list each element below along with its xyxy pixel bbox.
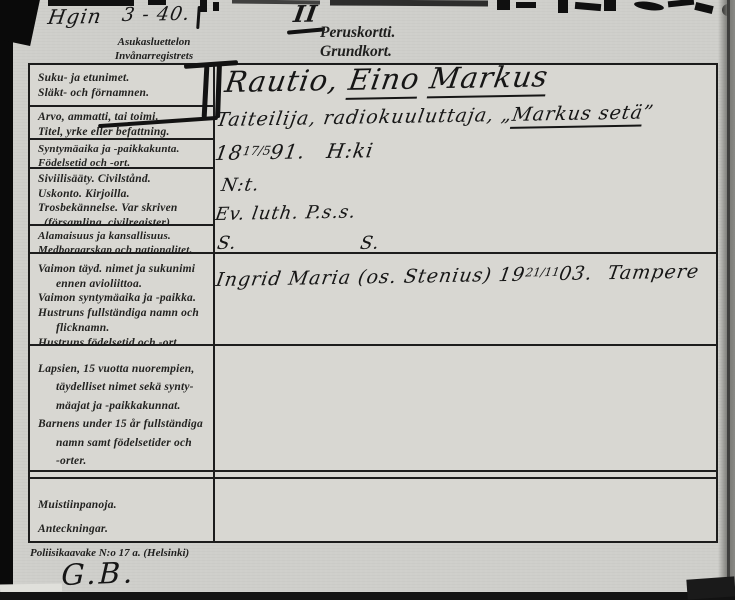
annotation-numeral: II: [292, 1, 320, 28]
label-line: ennen avioliittoa.: [38, 277, 207, 292]
entry-religion: Ev. luth. P.s.s.: [214, 202, 358, 225]
entry-wife-century: 19: [497, 264, 527, 286]
label-cell-nationality: Alamaisuus ja kansallisuus. Medborgarska…: [30, 226, 213, 254]
label-line: Suku- ja etunimet.: [38, 71, 207, 86]
register-label-line1: Asukasluettelon: [106, 36, 202, 50]
label-line: Anteckningar.: [38, 517, 207, 541]
label-line: Trosbekännelse. Var skriven: [38, 201, 207, 216]
entry-birth-year: 91.: [269, 139, 308, 164]
label-line: Lapsien, 15 vuotta nuorempien,: [38, 360, 207, 378]
label-line: Alamaisuus ja kansallisuus.: [38, 229, 207, 243]
label-line: Födelsetid och -ort.: [38, 156, 207, 169]
card-title: Peruskortti. Grundkort.: [320, 24, 395, 61]
entry-second-name: Markus: [427, 59, 551, 98]
annotation-date: 3 - 40.: [121, 3, 193, 26]
label-line: Siviilisääty. Civilstånd.: [38, 172, 207, 187]
entry-wife-place: Tampere: [606, 261, 701, 285]
entry-nationality: S.: [359, 233, 382, 254]
entry-birth: 1817/591. H:ki: [213, 138, 375, 165]
label-line: Vaimon syntymäaika ja -paikka.: [38, 291, 207, 306]
torn-edge-fragment: [213, 2, 219, 11]
entry-occupation: Taiteilija, radiokuuluttaja, „Markus set…: [215, 101, 656, 131]
label-cell-civil-religion: Siviilisääty. Civilstånd. Uskonto. Kirjo…: [30, 169, 213, 226]
torn-edge-fragment: [516, 2, 536, 8]
entry-wife-daymonth: 21/11: [524, 265, 560, 280]
card-title-fi: Peruskortti.: [320, 24, 395, 43]
entry-civil-status: N:t.: [220, 174, 262, 196]
entry-birth-century: 18: [213, 141, 244, 165]
label-line: flicknamn.: [38, 321, 207, 336]
handwritten-initials: G.B.: [61, 555, 136, 592]
entry-wife: Ingrid Maria (os. Stenius) 1921/1103. Ta…: [215, 261, 701, 291]
annotation-city: Hgin: [46, 4, 104, 29]
label-line: täydelliset nimet sekä synty-: [38, 378, 207, 396]
label-line: -orter.: [38, 452, 207, 470]
entry-citizenship: S.: [216, 233, 239, 254]
entry-wife-year: 03.: [558, 262, 595, 285]
torn-edge-fragment: [330, 0, 488, 7]
card-title-sv: Grundkort.: [320, 43, 395, 62]
label-cell-name: Suku- ja etunimet. Släkt- och förnamnen.: [30, 65, 213, 107]
peruskortti-card: Suku- ja etunimet. Släkt- och förnamnen.…: [28, 63, 718, 543]
label-cell-birth: Syntymäaika ja -paikkakunta. Födelsetid …: [30, 140, 213, 169]
label-line: Syntymäaika ja -paikkakunta.: [38, 142, 207, 156]
rule-children-bottom: [30, 470, 716, 472]
label-line: Vaimon täyd. nimet ja sukunimi: [38, 262, 207, 277]
entry-birth-place: H:ki: [325, 138, 376, 163]
torn-edge-fragment: [604, 0, 616, 11]
entry-name: Rautio, Eino Markus: [223, 59, 551, 99]
entry-wife-name: Ingrid Maria (os. Stenius): [215, 264, 494, 291]
rule-notes-top: [30, 477, 716, 479]
entry-surname: Rautio,: [223, 63, 342, 99]
scan-edge-bottom-wedge: [686, 576, 735, 599]
label-cell-children: Lapsien, 15 vuotta nuorempien, täydellis…: [30, 346, 213, 472]
label-line: Hustruns fullständiga namn och: [38, 306, 207, 321]
label-line: namn samt födelsetider och: [38, 434, 207, 452]
entry-birth-daymonth: 17/5: [242, 143, 272, 158]
label-line: Muistiinpanoja.: [38, 493, 207, 517]
entry-occupation-text: Taiteilija, radiokuuluttaja,: [215, 104, 497, 131]
label-line: Barnens under 15 år fullständiga: [38, 415, 207, 433]
torn-edge-fragment: [497, 0, 510, 10]
torn-edge-fragment: [558, 0, 568, 13]
label-cell-wife: Vaimon täyd. nimet ja sukunimi ennen avi…: [30, 254, 213, 346]
scan-edge-right-line: [727, 0, 730, 600]
label-line: Släkt- och förnamnen.: [38, 86, 207, 101]
entry-first-name: Eino: [346, 62, 423, 100]
label-line: Titel, yrke eller befattning.: [38, 125, 207, 140]
rule-children-top: [30, 344, 716, 346]
entry-nickname: Markus setä: [510, 102, 645, 129]
label-line: (församling, civilregister).: [38, 216, 207, 226]
scan-edge-left: [0, 0, 13, 600]
label-line: Uskonto. Kirjoilla.: [38, 187, 207, 202]
entry-nickname-close-quote: ”: [641, 101, 655, 123]
label-line: mäajat ja -paikkakunnat.: [38, 397, 207, 415]
label-cell-notes: Muistiinpanoja. Anteckningar.: [30, 479, 213, 541]
register-label-line2: Invånarregistrets: [106, 50, 202, 64]
register-label: Asukasluettelon Invånarregistrets: [106, 36, 202, 64]
scan-edge-bottom: [0, 592, 735, 600]
torn-edge-fragment: [200, 0, 207, 12]
